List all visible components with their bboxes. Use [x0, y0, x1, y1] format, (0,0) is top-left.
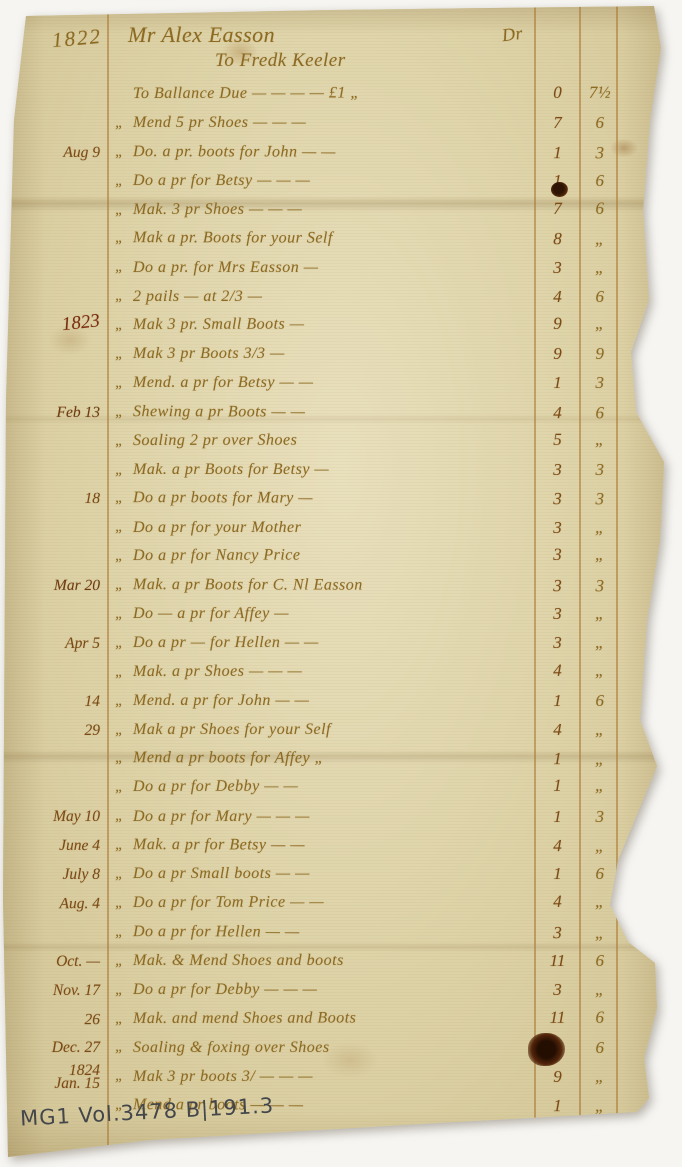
entry-description: Mend a pr boots for Affey „: [133, 750, 535, 769]
ledger-row: „ Mend a pr boots for Affey „ 1 „: [0, 744, 660, 775]
shillings-value: 9: [535, 1067, 580, 1087]
entry-description: Mak 3 pr boots 3/ — — —: [133, 1068, 535, 1086]
entry-description: Mak. and mend Shoes and Boots: [133, 1009, 535, 1028]
entry-description: Do a pr for Hellen — —: [133, 923, 535, 942]
entry-description: Mak. a pr Boots for C. Nl Easson: [133, 577, 535, 596]
entry-description: Do a pr boots for Mary —: [133, 490, 535, 509]
ledger-row: Feb 13 „ Shewing a pr Boots — — 4 6: [0, 398, 660, 429]
pence-value: 7½: [580, 83, 620, 103]
ledger-row: „ Soaling 2 pr over Shoes 5 „: [0, 425, 660, 456]
ledger-row: „ Do a pr for your Mother 3 „: [0, 513, 660, 542]
ledger-row: Nov. 17 „ Do a pr for Debby — — — 3 „: [0, 976, 660, 1005]
ledger-rows: To Ballance Due — — — — £1 „ 0 7½ „ Mend…: [0, 80, 660, 1120]
total-pence: 9½: [580, 1126, 626, 1148]
ditto-mark: „: [106, 1010, 133, 1027]
ditto-mark: „: [106, 375, 133, 392]
ditto-mark: „: [106, 837, 133, 854]
shillings-value: 3: [535, 258, 580, 278]
ditto-mark: „: [106, 895, 133, 912]
pence-value: „: [580, 430, 620, 450]
entry-description: Do a pr for your Mother: [133, 519, 535, 537]
ditto-mark: „: [106, 924, 133, 941]
ledger-row: 18 „ Do a pr boots for Mary — 3 3: [0, 484, 660, 515]
shillings-value: 11: [535, 1008, 580, 1028]
entry-date: 18: [0, 492, 106, 505]
entry-date: July 8: [0, 868, 106, 881]
entry-description: Mend. a pr for John — —: [133, 692, 535, 710]
entry-description: Do a pr for Tom Price — —: [133, 893, 535, 912]
pence-value: 3: [580, 577, 620, 597]
shillings-value: 4: [535, 720, 580, 740]
entry-date: Aug 9: [0, 145, 106, 158]
shillings-value: 3: [535, 604, 580, 624]
entry-date: Aug. 4: [0, 897, 106, 910]
pence-value: „: [580, 545, 620, 565]
entry-description: To Ballance Due — — — — £1 „: [133, 84, 535, 103]
ditto-mark: „: [106, 750, 133, 767]
ditto-mark: „: [106, 317, 133, 334]
shillings-value: 1: [535, 1097, 580, 1117]
entry-description: Do — a pr for Affey —: [133, 605, 535, 623]
pence-value: 3: [580, 490, 620, 510]
ledger-row: 14 „ Mend. a pr for John — — 1 6: [0, 687, 660, 716]
entry-description: 2 pails — at 2/3 —: [133, 288, 535, 306]
pence-value: „: [580, 980, 620, 1000]
ditto-mark: „: [106, 722, 133, 739]
ledger-row: 1824 Jan. 15 „ Mak 3 pr boots 3/ — — — 9…: [0, 1062, 660, 1091]
ditto-mark: „: [106, 173, 133, 190]
pence-value: 3: [580, 460, 620, 480]
pence-value: „: [580, 258, 620, 278]
pence-value: „: [580, 892, 620, 912]
entry-description: Mak 3 pr. Small Boots —: [133, 316, 535, 335]
ledger-row: „ 2 pails — at 2/3 — 4 6: [0, 282, 660, 311]
entry-description: Mend. a pr for Betsy — —: [133, 374, 535, 392]
paper-shadow: 1822 Mr Alex Easson To Fredk Keeler Dr T…: [0, 0, 682, 1167]
ledger-row: „ Mak 3 pr Boots 3/3 — 9 9: [0, 340, 660, 369]
total-pounds: £ 8: [483, 1123, 535, 1151]
ditto-mark: „: [106, 808, 133, 825]
entry-date: 1823: [0, 314, 106, 338]
ledger-row: 26 „ Mak. and mend Shoes and Boots 11 6: [0, 1003, 660, 1034]
pence-value: „: [580, 1067, 620, 1087]
entry-date: 14: [0, 695, 106, 708]
entry-description: Soaling 2 pr over Shoes: [133, 431, 535, 450]
ditto-mark: „: [106, 433, 133, 450]
entry-date: May 10: [0, 810, 106, 823]
entry-description: Do a pr for Debby — —: [133, 778, 535, 797]
shillings-value: 1: [535, 864, 580, 884]
entry-description: Mak 3 pr Boots 3/3 —: [133, 345, 535, 363]
entry-description: Shewing a pr Boots — —: [133, 403, 535, 422]
pence-value: 6: [580, 287, 620, 307]
shillings-value: 1: [535, 750, 580, 770]
ledger-row: To Ballance Due — — — — £1 „ 0 7½: [0, 79, 660, 110]
entry-date: 1824 Jan. 15: [0, 1064, 106, 1090]
shillings-value: 3: [535, 633, 580, 653]
ditto-mark: „: [106, 982, 133, 999]
ditto-mark: „: [106, 1068, 133, 1085]
shillings-value: 1: [535, 807, 580, 827]
scanned-ledger-page: 1822 Mr Alex Easson To Fredk Keeler Dr T…: [0, 0, 682, 1167]
shillings-value: 3: [535, 518, 580, 538]
shillings-value: 7: [535, 113, 580, 133]
pence-value: 6: [580, 1008, 620, 1028]
shillings-value: 4: [535, 892, 580, 912]
entry-description: Mak. 3 pr Shoes — — —: [133, 200, 535, 219]
total-shillings: 01: [535, 1126, 580, 1148]
pence-value: „: [580, 518, 620, 538]
total-rule-line: [487, 1119, 647, 1126]
ledger-row: Aug 9 „ Do. a pr. boots for John — — 1 3: [0, 138, 660, 169]
entry-description: Do a pr for Betsy — — —: [133, 172, 535, 190]
shillings-value: 1: [535, 373, 580, 393]
ledger-row: 29 „ Mak a pr Shoes for your Self 4 „: [0, 716, 660, 745]
ledger-row: May 10 „ Do a pr for Mary — — — 1 3: [0, 802, 660, 831]
entry-date: Mar 20: [0, 579, 106, 592]
shillings-value: 1: [535, 143, 580, 163]
ledger-row: „ Mak. a pr Boots for Betsy — 3 3: [0, 456, 660, 485]
debit-abbreviation: Dr: [501, 23, 524, 46]
entry-date: Oct. —: [0, 955, 106, 968]
pence-value: 6: [580, 1038, 620, 1058]
shillings-value: 3: [535, 923, 580, 943]
ledger-row: Mar 20 „ Mak. a pr Boots for C. Nl Easso…: [0, 571, 660, 602]
entry-description: Mak a pr Shoes for your Self: [133, 721, 535, 739]
dashed-rule-stub: [615, 1130, 617, 1162]
ditto-mark: „: [106, 779, 133, 796]
ditto-mark: „: [106, 346, 133, 363]
entry-description: Mak. & Mend Shoes and boots: [133, 952, 535, 970]
pence-value: 3: [580, 143, 620, 163]
shillings-value: 4: [535, 661, 580, 681]
ditto-mark: „: [106, 1039, 133, 1056]
pence-value: „: [580, 924, 620, 944]
ditto-mark: „: [106, 462, 133, 479]
ditto-mark: „: [106, 115, 133, 132]
entry-description: Mak. a pr Shoes — — —: [133, 662, 535, 681]
entry-description: Mak. a pr Boots for Betsy —: [133, 461, 535, 479]
entry-date: Feb 13: [0, 405, 106, 418]
ledger-row: „ Mak. a pr Shoes — — — 4 „: [0, 656, 660, 687]
pence-value: 6: [580, 113, 620, 133]
shillings-value: 1: [535, 691, 580, 711]
shillings-value: 5: [535, 430, 580, 450]
pence-value: „: [580, 720, 620, 740]
shillings-value: 4: [535, 837, 580, 857]
ditto-mark: „: [106, 288, 133, 305]
pence-value: „: [580, 230, 620, 250]
entry-date: Apr 5: [0, 637, 106, 650]
shillings-value: 1: [535, 777, 580, 797]
ledger-row: „ Mend. a pr for Betsy — — 1 3: [0, 369, 660, 398]
ledger-row: Oct. — „ Mak. & Mend Shoes and boots 11 …: [0, 947, 660, 976]
pence-value: „: [580, 661, 620, 681]
entry-description: Do a pr for Debby — — —: [133, 981, 535, 999]
ditto-mark: „: [106, 259, 133, 276]
entry-date: June 4: [0, 839, 106, 852]
shillings-value: 11: [535, 951, 580, 971]
pence-value: „: [580, 633, 620, 653]
entry-description: Do a pr Small boots — —: [133, 865, 535, 883]
pence-value: „: [580, 750, 620, 770]
ledger-row: „ Do — a pr for Affey — 3 „: [0, 600, 660, 629]
entry-description: Mak. a pr for Betsy — —: [133, 837, 535, 856]
ditto-mark: „: [106, 519, 133, 536]
creditor-line: To Fredk Keeler: [215, 50, 346, 72]
pence-value: 6: [580, 691, 620, 711]
pence-value: „: [580, 837, 620, 857]
ledger-paper: 1822 Mr Alex Easson To Fredk Keeler Dr T…: [0, 0, 682, 1167]
pence-value: 3: [580, 373, 620, 393]
ledger-row: Apr 5 „ Do a pr — for Hellen — — 3 „: [0, 629, 660, 658]
shillings-value: 9: [535, 344, 580, 364]
ledger-row: „ Do a pr for Nancy Price 3 „: [0, 541, 660, 572]
entry-description: Do a pr. for Mrs Easson —: [133, 259, 535, 277]
entry-description: Do a pr for Nancy Price: [133, 547, 535, 566]
ink-blot: [551, 182, 568, 197]
entry-date: 26: [0, 1013, 106, 1026]
pence-value: 6: [580, 864, 620, 884]
shillings-value: 3: [535, 577, 580, 597]
pence-value: 3: [580, 807, 620, 827]
shillings-value: 3: [535, 490, 580, 510]
shillings-value: 3: [535, 460, 580, 480]
ditto-mark: „: [106, 490, 133, 507]
ledger-row: „ Do a pr for Debby — — 1 „: [0, 772, 660, 803]
shillings-value: 4: [535, 287, 580, 307]
ditto-mark: „: [106, 144, 133, 161]
shillings-value: 4: [535, 403, 580, 423]
ledger-row: „ Mak. 3 pr Shoes — — — 7 6: [0, 194, 660, 225]
ditto-mark: „: [106, 953, 133, 970]
shillings-value: 9: [535, 314, 580, 334]
dashed-rule-stub: [533, 1130, 535, 1162]
ditto-mark: „: [106, 404, 133, 421]
ditto-mark: „: [106, 577, 133, 594]
pence-value: 6: [580, 951, 620, 971]
ledger-row: July 8 „ Do a pr Small boots — — 1 6: [0, 860, 660, 889]
ditto-mark: „: [106, 202, 133, 219]
pence-value: „: [580, 777, 620, 797]
pence-value: „: [580, 314, 620, 334]
ledger-row: „ Mak a pr. Boots for your Self 8 „: [0, 224, 660, 255]
pence-value: 6: [580, 171, 620, 191]
shillings-value: 0: [535, 83, 580, 103]
shillings-value: 7: [535, 199, 580, 219]
ledger-row: „ Mend 5 pr Shoes — — — 7 6: [0, 109, 660, 138]
entry-description: Soaling & foxing over Shoes: [133, 1039, 535, 1057]
entry-date: Nov. 17: [0, 984, 106, 997]
pence-value: „: [580, 604, 620, 624]
ditto-mark: „: [106, 664, 133, 681]
entry-description: Mend 5 pr Shoes — — —: [133, 114, 535, 132]
ledger-year: 1822: [51, 24, 103, 53]
shillings-value: 3: [535, 980, 580, 1000]
ditto-mark: „: [106, 693, 133, 710]
entry-description: Mak a pr. Boots for your Self: [133, 230, 535, 249]
ditto-mark: „: [106, 635, 133, 652]
ditto-mark: „: [106, 866, 133, 883]
ledger-row: „ Do a pr for Hellen — — 3 „: [0, 918, 660, 949]
dashed-rule-stub: [578, 1130, 580, 1162]
pence-value: „: [580, 1097, 620, 1117]
ditto-mark: „: [106, 548, 133, 565]
ledger-row: „ Do a pr. for Mrs Easson — 3 „: [0, 253, 660, 282]
pence-value: 6: [580, 199, 620, 219]
shillings-value: 8: [535, 230, 580, 250]
pence-value: 9: [580, 344, 620, 364]
shillings-value: 3: [535, 546, 580, 566]
ledger-row: 1823 „ Mak 3 pr. Small Boots — 9 „: [0, 310, 660, 341]
entry-description: Do a pr — for Hellen — —: [133, 634, 535, 652]
ditto-mark: „: [106, 230, 133, 247]
entry-date: Dec. 27: [0, 1041, 106, 1054]
ledger-row: June 4 „ Mak. a pr for Betsy — — 4 „: [0, 831, 660, 862]
pence-value: 6: [580, 403, 620, 423]
ditto-mark: „: [106, 606, 133, 623]
debtor-name: Mr Alex Easson: [128, 22, 275, 48]
entry-date: 29: [0, 724, 106, 737]
entry-description: Do a pr for Mary — — —: [133, 808, 535, 826]
ledger-row: Aug. 4 „ Do a pr for Tom Price — — 4 „: [0, 888, 660, 919]
entry-description: Do. a pr. boots for John — —: [133, 143, 535, 162]
